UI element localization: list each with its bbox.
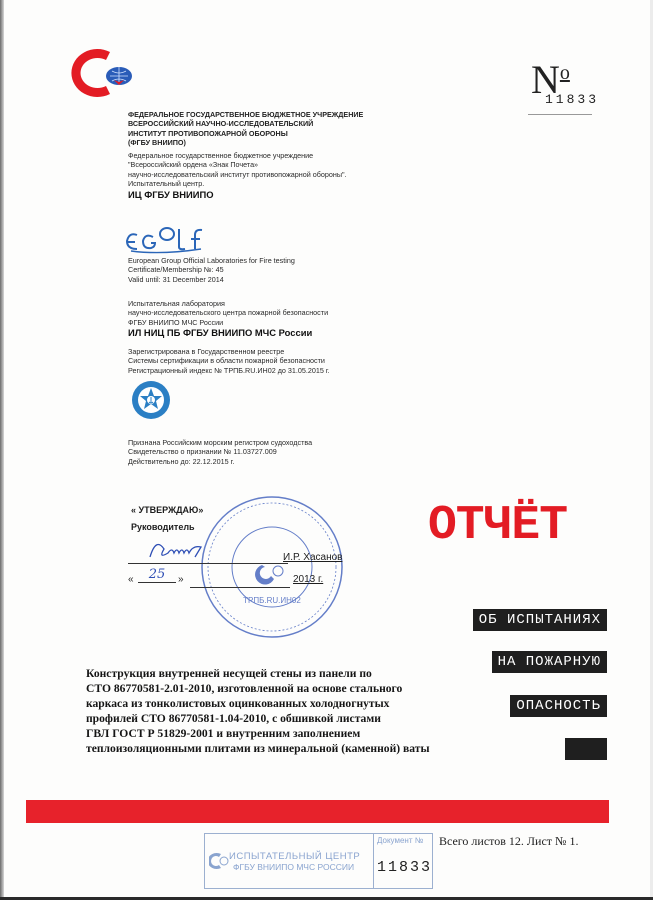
stamp-doc-label: Документ № — [377, 836, 423, 845]
marine-register-info: Признана Российским морским регистром су… — [128, 438, 312, 466]
sheets-info: Всего листов 12. Лист № 1. — [439, 834, 579, 849]
test-center-name: ИЦ ФГБУ ВНИИПО — [128, 189, 428, 201]
title-band: НА ПОЖАРНУЮ — [492, 651, 607, 673]
approval-date-month-line — [190, 587, 290, 588]
egolf-line: European Group Official Laboratories for… — [128, 256, 295, 265]
report-title: ОТЧЁТ — [428, 500, 567, 552]
official-seal-icon: ТРПБ.RU.ИН02 — [200, 495, 345, 640]
org-line: Федеральное государственное бюджетное уч… — [128, 151, 428, 160]
date-close-quote: » — [178, 574, 184, 585]
approver-position: Руководитель — [131, 522, 195, 532]
subject-line: Конструкция внутренней несущей стены из … — [86, 666, 486, 681]
org-line: "Всероссийский ордена «Знак Почета» — [128, 160, 428, 169]
title-band: ОПАСНОСТЬ — [510, 695, 607, 717]
registration-line: Системы сертификации в области пожарной … — [128, 356, 330, 365]
egolf-info: European Group Official Laboratories for… — [128, 256, 295, 284]
registration-line: Регистрационный индекс № ТРПБ.RU.ИН02 до… — [128, 366, 330, 375]
org-line: (ФГБУ ВНИИПО) — [128, 138, 428, 147]
registration-info: Зарегистрирована в Государственном реест… — [128, 347, 330, 375]
approval-date-day: 25 — [138, 567, 176, 583]
org-line: ИНСТИТУТ ПРОТИВОПОЖАРНОЙ ОБОРОНЫ — [128, 129, 428, 138]
stamp-doc-number: 11833 — [377, 859, 432, 876]
approval-date-year: 2013 г. — [293, 574, 323, 585]
egolf-line: Valid until: 31 December 2014 — [128, 275, 295, 284]
stamp-line: ФГБУ ВНИИПО МЧС РОССИИ — [233, 862, 354, 872]
laboratory-name: ИЛ НИЦ ПБ ФГБУ ВНИИПО МЧС России — [128, 327, 328, 339]
approval-label: « УТВЕРЖДАЮ» — [131, 505, 203, 515]
signature-line — [128, 563, 288, 564]
document-number-underline — [528, 114, 592, 115]
registration-stamp: ИСПЫТАТЕЛЬНЫЙ ЦЕНТР ФГБУ ВНИИПО МЧС РОСС… — [204, 833, 433, 889]
test-subject-description: Конструкция внутренней несущей стены из … — [86, 666, 486, 756]
egolf-logo-icon — [123, 225, 218, 255]
red-divider-bar — [26, 800, 609, 823]
stamp-globe-icon — [209, 852, 231, 870]
document-number: 11833 — [545, 92, 599, 107]
org-line: научно-исследовательский институт против… — [128, 170, 428, 179]
signature-icon — [145, 535, 225, 565]
stamp-org-section: ИСПЫТАТЕЛЬНЫЙ ЦЕНТР ФГБУ ВНИИПО МЧС РОСС… — [205, 834, 374, 888]
organization-header-caps: ФЕДЕРАЛЬНОЕ ГОСУДАРСТВЕННОЕ БЮДЖЕТНОЕ УЧ… — [128, 110, 428, 148]
egolf-line: Certificate/Membership №: 45 — [128, 265, 295, 274]
signer-name: И.Р. Хасанов — [283, 552, 343, 563]
org-line: Испытательный центр. — [128, 179, 428, 188]
lab-line: ФГБУ ВНИИПО МЧС России — [128, 318, 328, 327]
title-band: ОБ ИСПЫТАНИЯХ — [473, 609, 607, 631]
subject-line: ГВЛ ГОСТ Р 51829-2001 и внутренним запол… — [86, 726, 486, 741]
subject-line: профилей СТО 86770581-1.04-2010, с обшив… — [86, 711, 486, 726]
svg-text:ТРПБ.RU.ИН02: ТРПБ.RU.ИН02 — [243, 596, 301, 605]
org-line: ФЕДЕРАЛЬНОЕ ГОСУДАРСТВЕННОЕ БЮДЖЕТНОЕ УЧ… — [128, 110, 428, 119]
org-line: ВСЕРОССИЙСКИЙ НАУЧНО-ИССЛЕДОВАТЕЛЬСКИЙ — [128, 119, 428, 128]
marine-line: Действительно до: 22.12.2015 г. — [128, 457, 312, 466]
date-open-quote: « — [128, 574, 134, 585]
registration-line: Зарегистрирована в Государственном реест… — [128, 347, 330, 356]
lab-line: Испытательная лаборатория — [128, 299, 328, 308]
subject-line: СТО 86770581-2.01-2010, изготовленной на… — [86, 681, 486, 696]
subject-line: каркаса из тонколистовых оцинкованных хо… — [86, 696, 486, 711]
vniipo-logo-icon — [62, 46, 142, 100]
marine-register-logo-icon — [131, 380, 171, 420]
subject-line: теплоизоляционными плитами из минерально… — [86, 741, 486, 756]
lab-line: научно-исследовательского центра пожарно… — [128, 308, 328, 317]
scan-edge-left — [0, 0, 4, 900]
marine-line: Свидетельство о признании № 11.03727.009 — [128, 447, 312, 456]
marine-line: Признана Российским морским регистром су… — [128, 438, 312, 447]
organization-header-regular: Федеральное государственное бюджетное уч… — [128, 151, 428, 201]
laboratory-info: Испытательная лаборатория научно-исследо… — [128, 299, 328, 339]
stamp-line: ИСПЫТАТЕЛЬНЫЙ ЦЕНТР — [229, 851, 360, 862]
title-band-blank — [565, 738, 607, 760]
